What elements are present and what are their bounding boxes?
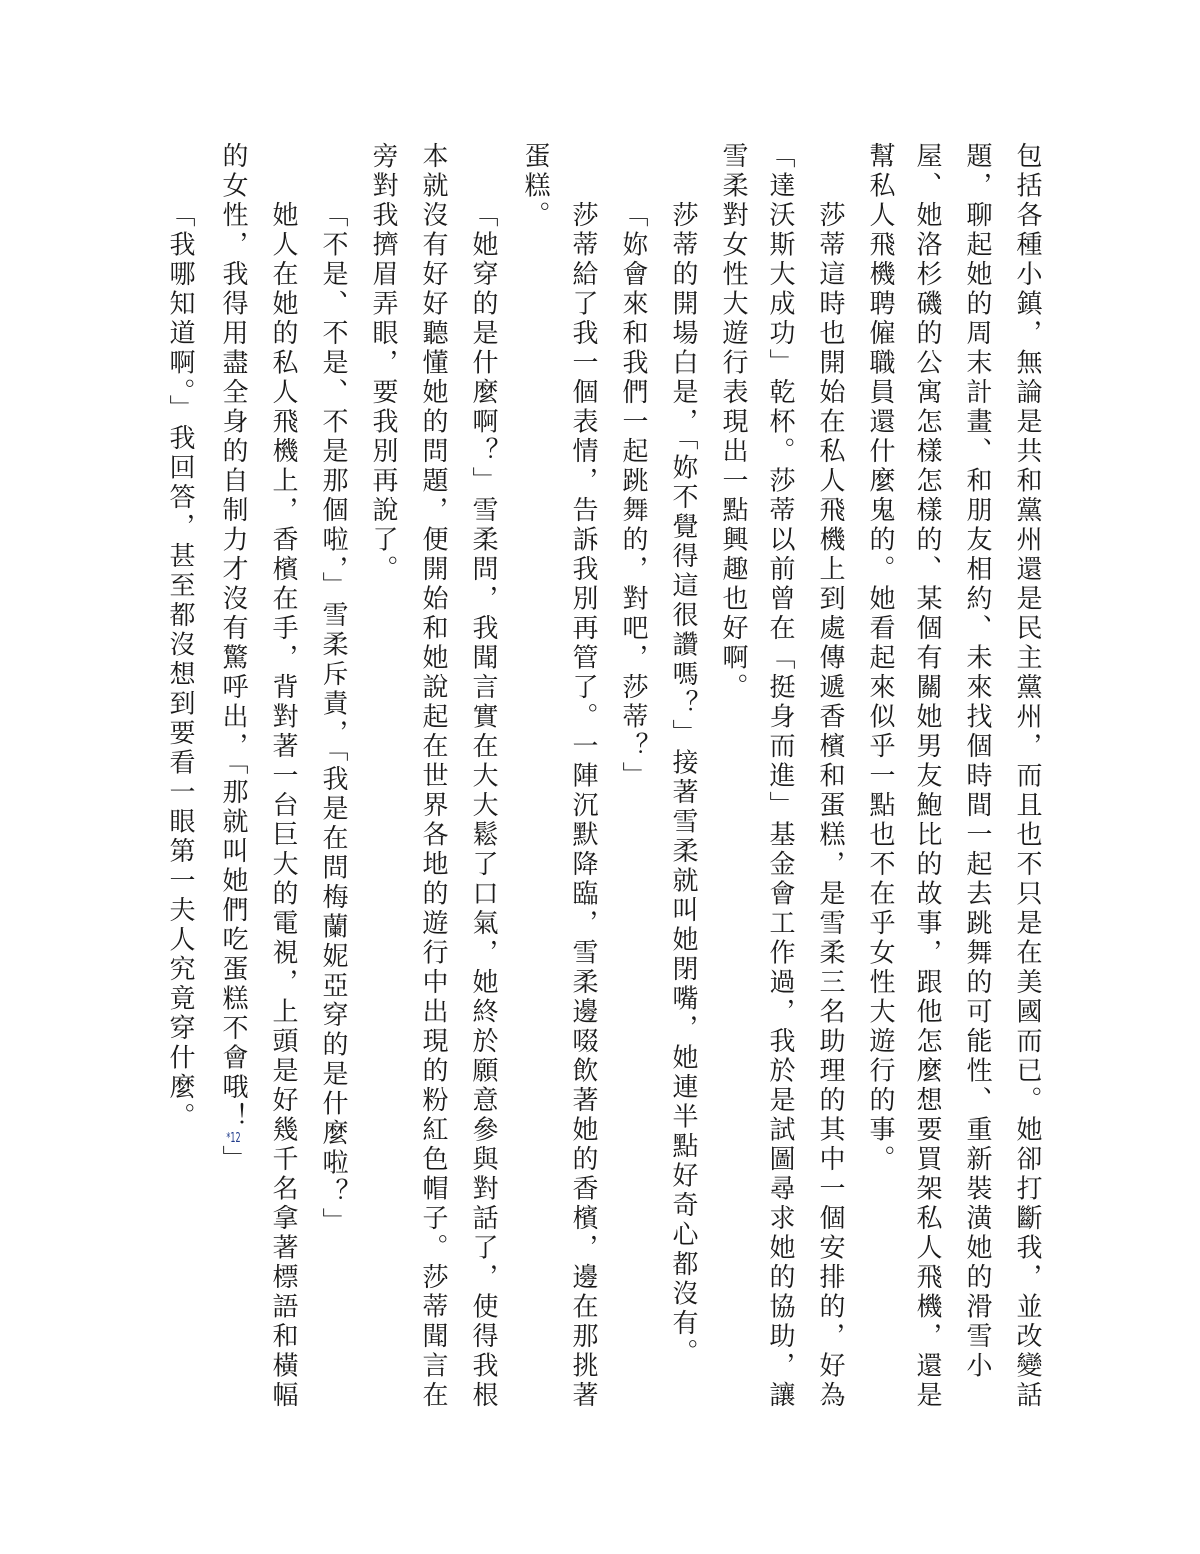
text-column-15: 「不是、不是、不是那個啦，」雪柔斥責，「我是在問梅蘭妮亞穿的是什麼啦？」 (317, 201, 349, 1237)
text-column-17: 的女性，我得用盡全身的自制力才沒有驚呼出，「那就叫她們吃蛋糕不會哦！*12」 (217, 142, 249, 1175)
column-text: 「妳會來和我們一起跳舞的，對吧，莎蒂？」 (618, 201, 648, 791)
text-column-9: 「妳會來和我們一起跳舞的，對吧，莎蒂？」 (617, 201, 649, 791)
column-text: 旁對我擠眉弄眼，要我別再說了。 (368, 142, 398, 585)
column-text: 「我哪知道啊。」我回答，甚至都沒想到要看一眼第一夫人究竟穿什麼。 (165, 201, 195, 1132)
text-column-4: 幫私人飛機聘僱職員還什麼鬼的。她看起來似乎一點也不在乎女性大遊行的事。 (864, 142, 896, 1175)
text-column-1: 包括各種小鎮，無論是共和黨州還是民主黨州，而且也不只是在美國而已。她卻打斷我，並… (1011, 142, 1043, 1411)
text-column-7: 雪柔對女性大遊行表現出一點興趣也好啊。 (717, 142, 749, 703)
column-text: 雪柔對女性大遊行表現出一點興趣也好啊。 (718, 142, 748, 703)
column-text: 題，聊起她的周末計畫、和朋友相約、未來找個時間一起去跳舞的可能性、重新裝潢她的滑… (962, 142, 992, 1381)
text-column-16: 她人在她的私人飛機上，香檳在手，背對著一台巨大的電視，上頭是好幾千名拿著標語和橫… (267, 201, 299, 1411)
column-text: 莎蒂這時也開始在私人飛機上到處傳遞香檳和蛋糕，是雪柔三名助理的其中一個安排的，好… (815, 201, 845, 1411)
column-text: 「達沃斯大成功」乾杯。莎蒂以前曾在「挺身而進」基金會工作過，我於是試圖尋求她的協… (765, 142, 795, 1411)
text-column-12: 「她穿的是什麼啊？」雪柔問，我聞言實在大大鬆了口氣，她終於願意參與對話了，使得我… (467, 201, 499, 1411)
column-text: 「不是、不是、不是那個啦，」雪柔斥責，「我是在問梅蘭妮亞穿的是什麼啦？」 (318, 201, 348, 1237)
text-column-5: 莎蒂這時也開始在私人飛機上到處傳遞香檳和蛋糕，是雪柔三名助理的其中一個安排的，好… (814, 201, 846, 1411)
text-column-14: 旁對我擠眉弄眼，要我別再說了。 (367, 142, 399, 585)
column-text: 蛋糕。 (520, 142, 550, 231)
footnote-marker[interactable]: *12 (226, 1132, 241, 1145)
column-text: 幫私人飛機聘僱職員還什麼鬼的。她看起來似乎一點也不在乎女性大遊行的事。 (865, 142, 895, 1175)
text-column-6: 「達沃斯大成功」乾杯。莎蒂以前曾在「挺身而進」基金會工作過，我於是試圖尋求她的協… (764, 142, 796, 1411)
column-text: 莎蒂的開場白是，「妳不覺得這很讚嗎？」接著雪柔就叫她閉嘴，她連半點好奇心都沒有。 (668, 201, 698, 1368)
text-column-3: 屋、她洛杉磯的公寓怎樣怎樣的、某個有關她男友鮑比的故事，跟他怎麼想要買架私人飛機… (911, 142, 943, 1411)
column-text: 她人在她的私人飛機上，香檳在手，背對著一台巨大的電視，上頭是好幾千名拿著標語和橫… (268, 201, 298, 1411)
text-column-18: 「我哪知道啊。」我回答，甚至都沒想到要看一眼第一夫人究竟穿什麼。 (164, 201, 196, 1132)
column-text: 屋、她洛杉磯的公寓怎樣怎樣的、某個有關她男友鮑比的故事，跟他怎麼想要買架私人飛機… (912, 142, 942, 1411)
column-text: 的女性，我得用盡全身的自制力才沒有驚呼出，「那就叫她們吃蛋糕不會哦！ (218, 142, 248, 1132)
column-text: 莎蒂給了我一個表情，告訴我別再管了。一陣沉默降臨，雪柔邊啜飲著她的香檳，邊在那挑… (568, 201, 598, 1411)
text-column-11: 蛋糕。 (519, 142, 551, 231)
column-text: 包括各種小鎮，無論是共和黨州還是民主黨州，而且也不只是在美國而已。她卻打斷我，並… (1012, 142, 1042, 1411)
book-page: 包括各種小鎮，無論是共和黨州還是民主黨州，而且也不只是在美國而已。她卻打斷我，並… (0, 0, 1200, 1554)
text-column-10: 莎蒂給了我一個表情，告訴我別再管了。一陣沉默降臨，雪柔邊啜飲著她的香檳，邊在那挑… (567, 201, 599, 1411)
text-column-2: 題，聊起她的周末計畫、和朋友相約、未來找個時間一起去跳舞的可能性、重新裝潢她的滑… (961, 142, 993, 1381)
closing-quote: 」 (218, 1145, 248, 1175)
text-column-8: 莎蒂的開場白是，「妳不覺得這很讚嗎？」接著雪柔就叫她閉嘴，她連半點好奇心都沒有。 (667, 201, 699, 1368)
text-column-13: 本就沒有好好聽懂她的問題，便開始和她說起在世界各地的遊行中出現的粉紅色帽子。莎蒂… (417, 142, 449, 1411)
column-text: 「她穿的是什麼啊？」雪柔問，我聞言實在大大鬆了口氣，她終於願意參與對話了，使得我… (468, 201, 498, 1411)
column-text: 本就沒有好好聽懂她的問題，便開始和她說起在世界各地的遊行中出現的粉紅色帽子。莎蒂… (418, 142, 448, 1411)
